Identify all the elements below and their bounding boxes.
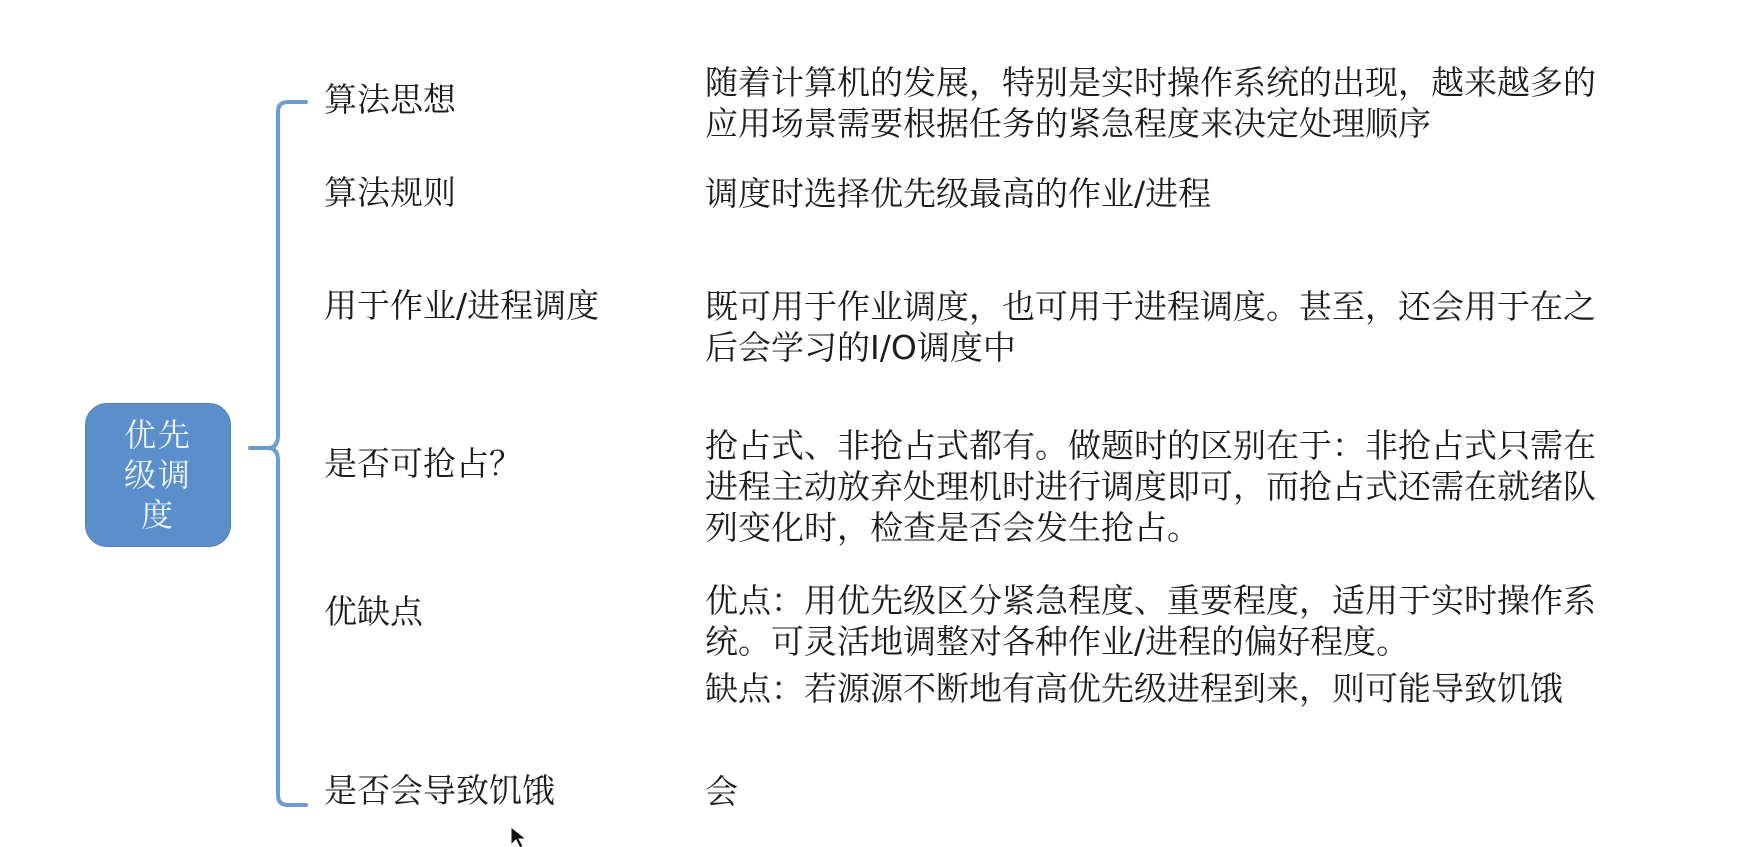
row-label-preemptive: 是否可抢占？ xyxy=(324,444,522,484)
root-node-label: 优先级调度 xyxy=(118,415,198,535)
root-node-priority-scheduling: 优先级调度 xyxy=(85,403,231,547)
cons-text: 缺点：若源源不断地有高优先级进程到来，则可能导致饥饿 xyxy=(705,668,1625,709)
row-label-starvation: 是否会导致饥饿 xyxy=(324,771,555,811)
mouse-cursor-icon xyxy=(510,826,530,847)
row-description-algorithm-rule: 调度时选择优先级最高的作业/进程 xyxy=(705,173,1625,214)
description-line: 随着计算机的发展，特别是实时操作系统的出现，越来越多的应用场景需要根据任务的紧急… xyxy=(705,62,1625,144)
row-description-job-process-scheduling: 既可用于作业调度，也可用于进程调度。甚至，还会用于在之后会学习的I/O调度中 xyxy=(705,286,1625,368)
row-label-algorithm-rule: 算法规则 xyxy=(324,173,456,213)
row-description-starvation: 会 xyxy=(705,771,1625,812)
description-line: 既可用于作业调度，也可用于进程调度。甚至，还会用于在之后会学习的I/O调度中 xyxy=(705,286,1625,368)
pros-text: 优点：用优先级区分紧急程度、重要程度，适用于实时操作系统。可灵活地调整对各种作业… xyxy=(705,580,1625,662)
row-description-preemptive: 抢占式、非抢占式都有。做题时的区别在于：非抢占式只需在进程主动放弃处理机时进行调… xyxy=(705,425,1625,548)
row-description-algorithm-idea: 随着计算机的发展，特别是实时操作系统的出现，越来越多的应用场景需要根据任务的紧急… xyxy=(705,62,1625,144)
description-line: 抢占式、非抢占式都有。做题时的区别在于：非抢占式只需在进程主动放弃处理机时进行调… xyxy=(705,425,1625,548)
row-description-pros-cons: 优点：用优先级区分紧急程度、重要程度，适用于实时操作系统。可灵活地调整对各种作业… xyxy=(705,580,1625,709)
description-line: 调度时选择优先级最高的作业/进程 xyxy=(705,173,1625,214)
row-label-job-process-scheduling: 用于作业/进程调度 xyxy=(324,286,599,326)
curly-bracket-connector xyxy=(248,95,318,815)
row-label-pros-cons: 优缺点 xyxy=(324,592,423,632)
description-line: 会 xyxy=(705,771,1625,812)
row-label-algorithm-idea: 算法思想 xyxy=(324,80,456,120)
